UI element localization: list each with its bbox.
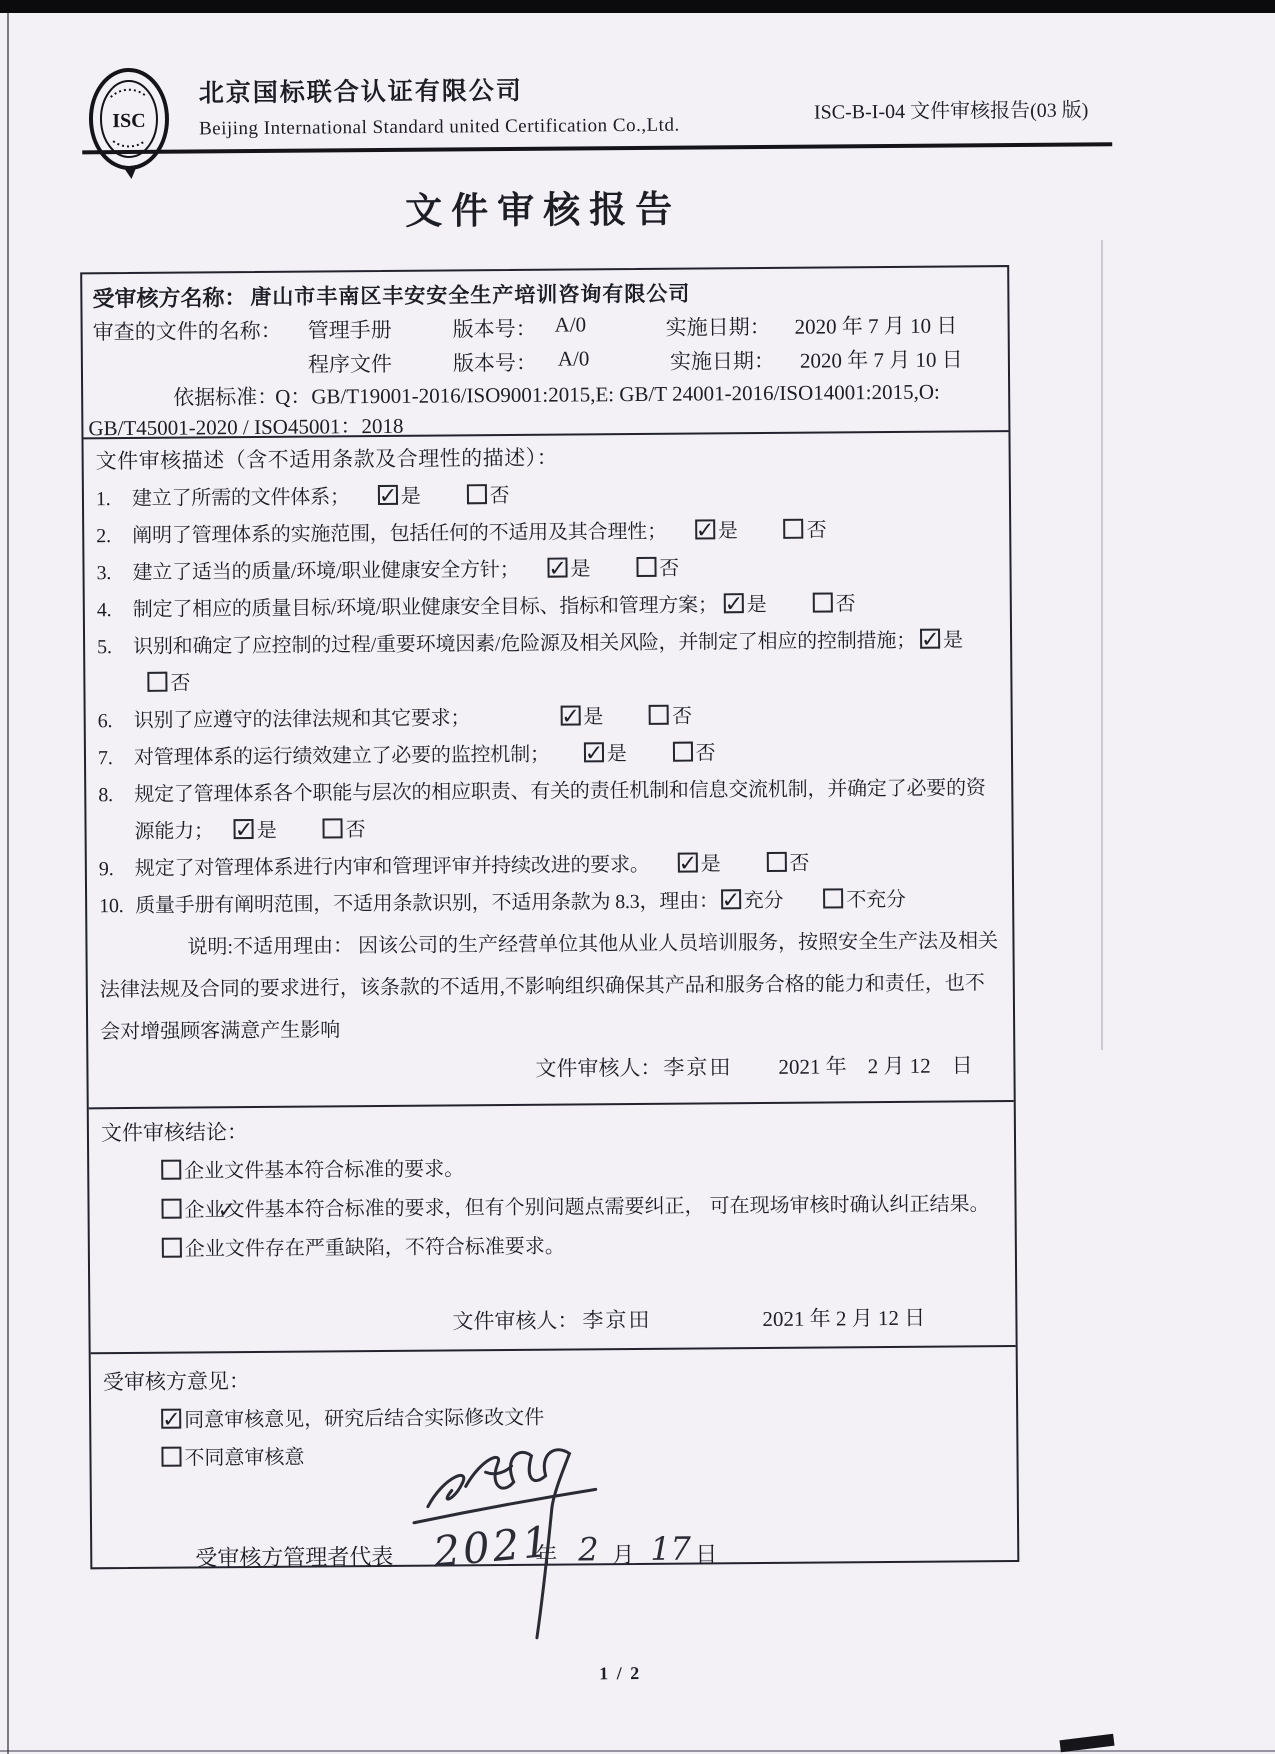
item-text: 对管理体系的运行绩效建立了必要的监控机制； [134, 744, 550, 769]
note-label: 说明:不适用理由： [187, 935, 353, 958]
reviewer-label: 文件审核人： [535, 1052, 661, 1083]
doc-code: ISC-B-I-04 文件审核报告(03 版) [814, 93, 1089, 124]
svg-text:ISC: ISC [112, 110, 146, 132]
item-text: 建立了适当的质量/环境/职业健康安全方针； [132, 559, 519, 584]
review-date: 2021 年 2 月 12 日 [778, 1049, 972, 1081]
reviewer-name: 李京田 [582, 1304, 651, 1335]
conclusion-section: 文件审核结论： 企业文件基本符合标准的要求。 企业文件基本符合标准的要求，但有个… [89, 1102, 1016, 1354]
version-value: A/0 [555, 312, 587, 337]
reviewer-label: 文件审核人： [452, 1304, 578, 1335]
document-content: ISC 北京国标联合认证有限公司 Beijing International S… [0, 8, 1275, 1754]
no-label: 否 [696, 742, 716, 764]
auditee-label: 受审核方名称： [92, 281, 246, 313]
option-checkbox [162, 1238, 182, 1258]
header-rule [82, 142, 1112, 154]
doc-row: 审查的文件的名称： 管理手册 版本号： A/0 实施日期： 2020 年 7 月… [83, 309, 1008, 348]
no-checkbox [636, 557, 656, 577]
no-checkbox [649, 705, 669, 725]
version-label: 版本号： [453, 347, 537, 378]
no-label: 否 [346, 819, 366, 841]
checklist-item: 10.质量手册有阐明范围，不适用条款识别，不适用条款为 8.3，理由：充分不充分 [99, 881, 1000, 925]
no-label: 否 [807, 520, 827, 542]
opinion-option: 同意审核意见，研究后结合实际修改文件 [161, 1395, 1004, 1440]
item-text: 识别和确定了应控制的过程/重要环境因素/危险源及相关风险，并制定了相应的控制措施… [133, 630, 916, 658]
item-text: 质量手册有阐明范围，不适用条款识别，不适用条款为 8.3，理由： [135, 890, 719, 917]
option-checkbox [161, 1199, 181, 1219]
reviewer-signoff: 文件审核人： 李京田 2021 年 2 月 12 日 [102, 1301, 1015, 1342]
handwritten-day: 17 [650, 1530, 691, 1568]
item-number: 3. [96, 555, 132, 592]
doc-name: 管理手册 [308, 314, 392, 345]
yes-checkbox [724, 593, 744, 613]
company-name-cn: 北京国标联合认证有限公司 [199, 70, 680, 110]
yes-checkbox [234, 819, 254, 839]
item-number: 5. [97, 629, 133, 666]
no-checkbox [466, 484, 486, 504]
no-checkbox [784, 519, 804, 539]
option-text: 企业文件存在严重缺陷，不符合标准要求。 [185, 1236, 565, 1261]
doc-name: 程序文件 [308, 348, 392, 379]
yes-checkbox [695, 519, 715, 539]
day-label: 日 [695, 1537, 717, 1568]
yes-label: 是 [570, 558, 590, 580]
item-text: 制定了相应的质量目标/环境/职业健康安全目标、指标和管理方案； [133, 594, 718, 621]
description-heading: 文件审核描述（含不适用条款及合理性的描述）： [96, 434, 997, 481]
isc-logo: ISC [87, 67, 176, 185]
item-number: 9. [99, 851, 135, 888]
opinion-heading: 受审核方意见： [103, 1355, 1004, 1402]
option-text: 企业文件基本符合标准的要求。 [184, 1158, 464, 1182]
item-number: 8. [98, 777, 134, 814]
item-number: 10. [99, 888, 135, 925]
option-text: 企业文件基本符合标准的要求，但有个别问题点需要纠正， 可在现场审核时确认纠正结果… [184, 1193, 989, 1221]
no-label: 否 [835, 593, 855, 615]
auditee-row: 受审核方名称： 唐山市丰南区丰安安全生产培训咨询有限公司 [82, 275, 1007, 314]
auditee-name: 唐山市丰南区丰安安全生产培训咨询有限公司 [250, 278, 690, 311]
checklist-item: 8.规定了管理体系各个职能与层次的相应职责、有关的责任机制和信息交流机制，并确定… [98, 770, 1000, 851]
reviewer-name: 李京田 [663, 1051, 732, 1082]
yes-label: 是 [747, 594, 767, 616]
representative-label: 受审核方管理者代表 [195, 1540, 393, 1573]
impl-date-label: 实施日期： [670, 345, 775, 376]
no-checkbox [147, 672, 167, 692]
checklist-item: 5.识别和确定了应控制的过程/重要环境因素/危险源及相关风险，并制定了相应的控制… [97, 622, 999, 703]
standards-line-2: GB/T45001-2020 / ISO45001：2018 [88, 410, 403, 440]
no-label: 否 [789, 853, 809, 875]
conclusion-option: 企业文件基本符合标准的要求，但有个别问题点需要纠正， 可在现场审核时确认纠正结果… [106, 1185, 1002, 1231]
yes-label: 是 [583, 706, 603, 728]
item-number: 6. [98, 703, 134, 740]
yes-checkbox [560, 705, 580, 725]
standards-label: 依据标准： [173, 381, 278, 412]
option-checkbox [161, 1160, 181, 1180]
yes-label: 是 [607, 743, 627, 765]
conclusion-heading: 文件审核结论： [101, 1106, 1002, 1153]
version-value: A/0 [558, 346, 590, 371]
scanned-document-page: ISC 北京国标联合认证有限公司 Beijing International S… [0, 0, 1275, 1754]
description-section: 文件审核描述（含不适用条款及合理性的描述）： 1.建立了所需的文件体系；是否 2… [83, 432, 1013, 1109]
impl-date-label: 实施日期： [666, 311, 771, 342]
yes-checkbox [721, 889, 741, 909]
reviewer-signoff: 文件审核人： 李京田 2021 年 2 月 12 日 [100, 1049, 1013, 1090]
review-date: 2021 年 2 月 12 日 [762, 1302, 925, 1333]
no-label: 否 [659, 558, 679, 580]
company-name-block: 北京国标联合认证有限公司 Beijing International Stand… [199, 70, 680, 141]
audit-table: 受审核方名称： 唐山市丰南区丰安安全生产培训咨询有限公司 审查的文件的名称： 管… [80, 265, 1019, 1569]
not-applicable-note: 说明:不适用理由： 因该公司的生产经营单位其他从业人员培训服务，按照安全生产法及… [99, 920, 1001, 1053]
version-label: 版本号： [453, 313, 537, 344]
yes-checkbox [378, 485, 398, 505]
info-section: 受审核方名称： 唐山市丰南区丰安安全生产培训咨询有限公司 审查的文件的名称： 管… [82, 267, 1008, 439]
no-checkbox [812, 592, 832, 612]
option-text: 同意审核意见，研究后结合实际修改文件 [184, 1407, 544, 1432]
no-label: 否 [672, 706, 692, 728]
yes-checkbox [584, 742, 604, 762]
docs-label: 审查的文件的名称： [93, 315, 282, 346]
company-name-en: Beijing International Standard united Ce… [199, 115, 680, 141]
no-label: 不充分 [846, 889, 906, 911]
page-title: 文件审核报告 [79, 176, 1006, 237]
item-text: 建立了所需的文件体系； [132, 486, 350, 510]
yes-label: 是 [943, 629, 963, 651]
option-text: 不同意审核意 [184, 1447, 304, 1470]
yes-label: 是 [401, 486, 421, 508]
no-checkbox [673, 742, 693, 762]
option-checkbox [161, 1409, 181, 1429]
conclusion-option: 企业文件存在严重缺陷，不符合标准要求。 [107, 1224, 1003, 1270]
item-number: 2. [96, 518, 132, 555]
yes-label: 是 [701, 853, 721, 875]
impl-date-value: 2020 年 7 月 10 日 [795, 309, 958, 340]
yes-label: 充分 [744, 890, 784, 912]
item-number: 1. [96, 481, 132, 518]
yes-label: 是 [257, 820, 277, 842]
impl-date-value: 2020 年 7 月 10 日 [800, 343, 963, 374]
no-checkbox [322, 818, 342, 838]
no-checkbox [823, 888, 843, 908]
yes-checkbox [920, 629, 940, 649]
yes-label: 是 [718, 520, 738, 542]
option-checkbox [161, 1447, 181, 1467]
item-text: 规定了对管理体系进行内审和管理评审并持续改进的要求。 [135, 854, 650, 880]
item-text: 识别了应遵守的法律法规和其它要求； [134, 707, 471, 732]
no-label: 否 [489, 485, 509, 507]
no-label: 否 [170, 673, 190, 695]
item-text: 阐明了管理体系的实施范围，包括任何的不适用及其合理性； [132, 521, 667, 547]
yes-checkbox [678, 853, 698, 873]
page-number: 1 / 2 [91, 1659, 1149, 1688]
item-number: 7. [98, 740, 134, 777]
no-checkbox [766, 852, 786, 872]
yes-checkbox [547, 558, 567, 578]
item-number: 4. [97, 592, 133, 629]
